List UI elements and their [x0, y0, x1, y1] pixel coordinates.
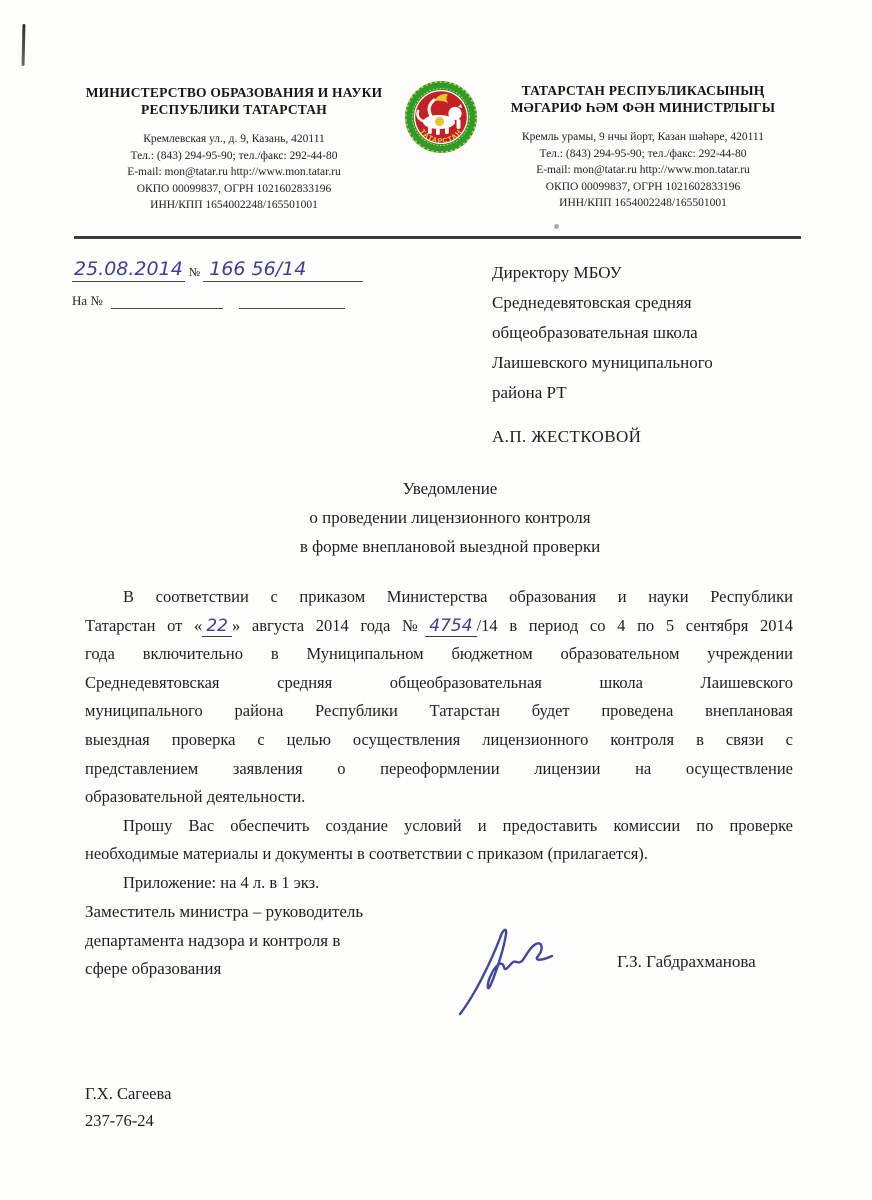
reply-to-label: На № — [72, 293, 103, 309]
recipient-line: Среднедевятовская средняя — [492, 288, 822, 318]
document-title: Уведомление о проведении лицензионного к… — [85, 474, 815, 561]
letterhead-right: ТАТАРСТАН РЕСПУБЛИКАСЫНЫҢ МӘГАРИФ ҺӘМ ФӘ… — [474, 82, 812, 212]
address-line: Кремль урамы, 9 нчы йорт, Казан шәһәре, … — [474, 129, 812, 146]
body-line-2-post: /14 в период со 4 по 5 сентября 2014 — [477, 616, 793, 635]
body-line-8: образовательной деятельности. — [85, 783, 793, 812]
body-line-2: Татарстан от «22» августа 2014 года №475… — [85, 612, 793, 641]
document-title-line1: Уведомление — [85, 474, 815, 503]
ministry-title-ru-line1: МИНИСТЕРСТВО ОБРАЗОВАНИЯ И НАУКИ — [66, 84, 402, 101]
body-line-10: необходимые материалы и документы в соот… — [85, 840, 793, 869]
letterhead-left: МИНИСТЕРСТВО ОБРАЗОВАНИЯ И НАУКИ РЕСПУБЛ… — [66, 84, 402, 214]
document-title-line3: в форме внеплановой выездной проверки — [85, 532, 815, 561]
address-line: ОКПО 00099837, ОГРН 1021602833196 — [66, 181, 402, 198]
blank-reply-date-line — [239, 293, 345, 309]
ministry-title-tt-line1: ТАТАРСТАН РЕСПУБЛИКАСЫНЫҢ — [474, 82, 812, 99]
recipient-line: района РТ — [492, 378, 822, 408]
ministry-address-tt: Кремль урамы, 9 нчы йорт, Казан шәһәре, … — [474, 129, 812, 212]
address-line: Тел.: (843) 294-95-90; тел./факс: 292-44… — [474, 146, 812, 163]
recipient-line: Лаишевского муниципального — [492, 348, 822, 378]
address-line: Кремлевская ул., д. 9, Казань, 420111 — [66, 131, 402, 148]
address-line: ИНН/КПП 1654002248/165501001 — [474, 195, 812, 212]
tatarstan-coat-of-arms-icon: ТАТАРСТАН — [404, 80, 478, 159]
address-line: Тел.: (843) 294-95-90; тел./факс: 292-44… — [66, 148, 402, 165]
blank-reply-number-line — [111, 293, 223, 309]
body-line-2-pre: Татарстан от « — [85, 616, 202, 635]
recipient-block: Директору МБОУ Среднедевятовская средняя… — [492, 258, 822, 452]
letter-body: В соответствии с приказом Министерства о… — [85, 583, 793, 898]
reply-ref-row: На № — [72, 291, 382, 309]
ministry-address-ru: Кремлевская ул., д. 9, Казань, 420111 Те… — [66, 131, 402, 214]
reference-block: 25.08.2014 № 166 56/14 На № — [72, 246, 382, 309]
scan-dot-artifact — [554, 224, 559, 229]
ministry-title-ru: МИНИСТЕРСТВО ОБРАЗОВАНИЯ И НАУКИ РЕСПУБЛ… — [66, 84, 402, 118]
recipient-line: общеобразовательная школа — [492, 318, 822, 348]
body-line-6: выездная проверка с целью осуществления … — [85, 726, 793, 755]
recipient-line: Директору МБОУ — [492, 258, 822, 288]
letterhead-divider-rule — [74, 236, 801, 239]
scan-pen-mark — [22, 24, 26, 66]
signer-position: Заместитель министра – руководитель депа… — [85, 898, 465, 984]
handwritten-outgoing-number: 166 56/14 — [203, 258, 363, 282]
address-line: ОКПО 00099837, ОГРН 1021602833196 — [474, 179, 812, 196]
outgoing-ref-row: 25.08.2014 № 166 56/14 — [72, 246, 382, 282]
attachment-line: Приложение: на 4 л. в 1 экз. — [85, 869, 793, 898]
handwritten-order-number: 4754 — [425, 616, 476, 637]
signer-position-line1: Заместитель министра – руководитель — [85, 898, 465, 927]
body-line-5: муниципального района Республики Татарст… — [85, 697, 793, 726]
signer-position-line3: сфере образования — [85, 955, 465, 984]
ministry-title-ru-line2: РЕСПУБЛИКИ ТАТАРСТАН — [66, 101, 402, 118]
body-line-4: Среднедевятовская средняя общеобразовате… — [85, 669, 793, 698]
scanned-letter-page: МИНИСТЕРСТВО ОБРАЗОВАНИЯ И НАУКИ РЕСПУБЛ… — [0, 0, 872, 1200]
ministry-title-tt-line2: МӘГАРИФ ҺӘМ ФӘН МИНИСТРЛЫГЫ — [474, 99, 812, 116]
executor-block: Г.Х. Сагеева 237-76-24 — [85, 1080, 171, 1134]
body-line-3: года включительно в Муниципальном бюджет… — [85, 640, 793, 669]
recipient-name: А.П. ЖЕСТКОВОЙ — [492, 422, 822, 452]
address-line: E-mail: mon@tatar.ru http://www.mon.tata… — [66, 164, 402, 181]
body-line-1: В соответствии с приказом Министерства о… — [85, 583, 793, 612]
signer-name: Г.З. Габдрахманова — [617, 952, 756, 972]
handwritten-day: 22 — [202, 616, 232, 637]
executor-phone: 237-76-24 — [85, 1107, 171, 1134]
number-sign-label: № — [189, 265, 200, 280]
signer-position-line2: департамента надзора и контроля в — [85, 927, 465, 956]
handwritten-date: 25.08.2014 — [72, 258, 185, 282]
body-line-2-mid: » августа 2014 года № — [232, 616, 425, 635]
body-line-9: Прошу Вас обеспечить создание условий и … — [85, 812, 793, 841]
executor-name: Г.Х. Сагеева — [85, 1080, 171, 1107]
address-line: E-mail: mon@tatar.ru http://www.mon.tata… — [474, 162, 812, 179]
handwritten-signature — [446, 916, 572, 1025]
body-line-7: представлением заявления о переоформлени… — [85, 755, 793, 784]
ministry-title-tt: ТАТАРСТАН РЕСПУБЛИКАСЫНЫҢ МӘГАРИФ ҺӘМ ФӘ… — [474, 82, 812, 116]
address-line: ИНН/КПП 1654002248/165501001 — [66, 197, 402, 214]
document-title-line2: о проведении лицензионного контроля — [85, 503, 815, 532]
